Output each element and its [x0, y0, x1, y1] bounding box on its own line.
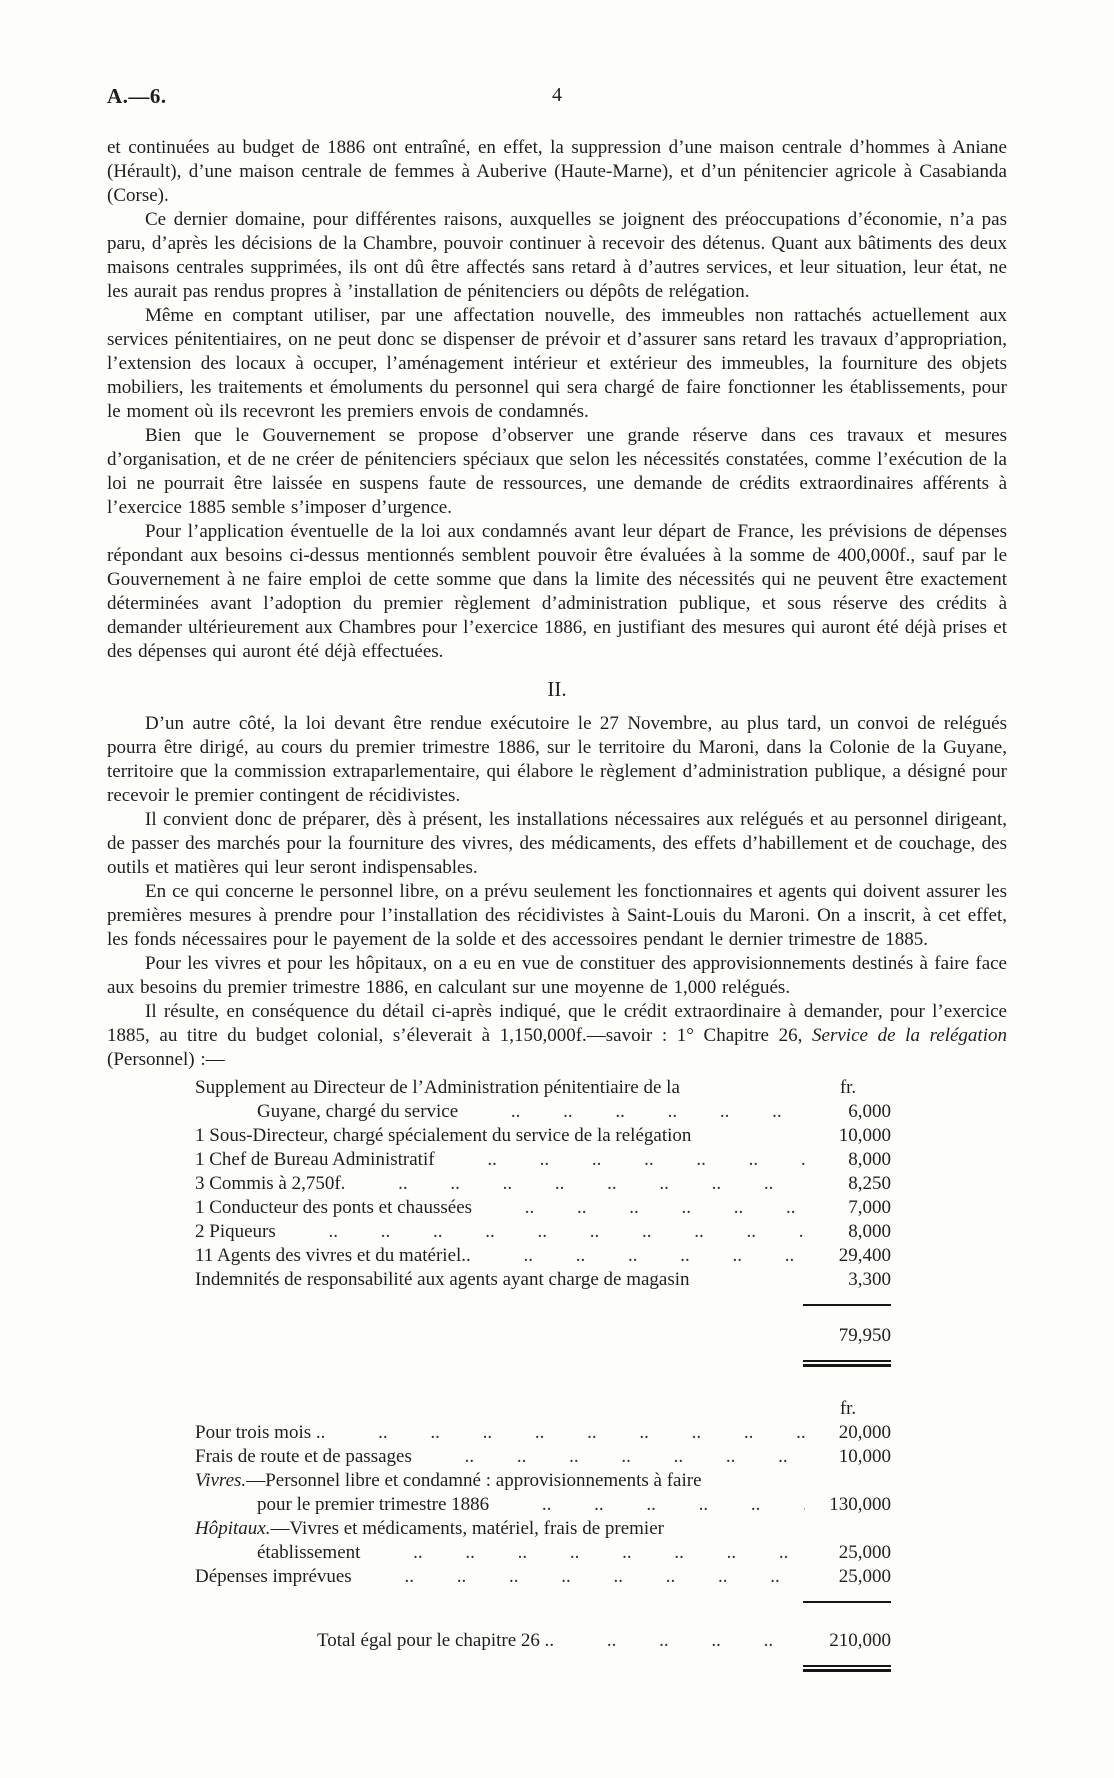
row-amount: 3,300 — [805, 1268, 891, 1292]
subtotal-amount: 79,950 — [805, 1324, 891, 1348]
dot-leader: .. .. .. .. .. .. .. .. .. .. .. .. .. .… — [412, 1445, 805, 1469]
row-label: Supplement au Directeur de l’Administrat… — [195, 1076, 680, 1100]
page-number: 4 — [107, 84, 1007, 107]
row-amount: 130,000 — [805, 1493, 891, 1517]
row-label-italic: Vivres. — [195, 1470, 246, 1491]
row-label: 2 Piqueurs — [195, 1220, 276, 1244]
dot-leader: .. .. .. .. .. .. .. .. .. .. .. .. .. .… — [345, 1172, 805, 1196]
currency-label: fr. — [805, 1397, 891, 1421]
dot-leader: .. .. .. .. .. .. .. .. .. .. .. .. .. .… — [435, 1148, 805, 1172]
ledger-row: fr. — [195, 1397, 891, 1421]
section-heading: II. — [107, 677, 1007, 701]
ledger-row: Pour trois mois .. .. .. .. .. .. .. .. … — [195, 1421, 891, 1445]
row-label: 3 Commis à 2,750f. — [195, 1172, 345, 1196]
dot-leader: .. .. .. .. .. .. .. .. .. .. .. .. .. .… — [276, 1220, 805, 1244]
document-page: A.—6. 4 et continuées au budget de 1886 … — [0, 0, 1114, 1778]
dot-leader: .. .. .. .. .. .. .. .. .. .. .. .. .. .… — [352, 1565, 805, 1589]
ledger-row: 1 Chef de Bureau Administratif .. .. .. … — [195, 1148, 891, 1172]
personnel-expense-table: Supplement au Directeur de l’Administrat… — [195, 1076, 891, 1676]
row-amount: 25,000 — [805, 1565, 891, 1589]
row-amount: 29,400 — [805, 1244, 891, 1268]
paragraph: Bien que le Gouvernement se propose d’ob… — [107, 424, 1007, 520]
row-amount: 7,000 — [805, 1196, 891, 1220]
row-label: —Vivres et médicaments, matériel, frais … — [270, 1518, 663, 1539]
row-label-italic: Hôpitaux. — [195, 1518, 270, 1539]
paragraph: Pour l’application éventuelle de la loi … — [107, 520, 1007, 664]
row-amount: 25,000 — [805, 1541, 891, 1565]
dot-leader: .. .. .. .. .. .. .. .. .. .. .. .. .. .… — [458, 1100, 805, 1124]
row-amount: 10,000 — [805, 1124, 891, 1148]
ledger-row: 1 Conducteur des ponts et chaussées .. .… — [195, 1196, 891, 1220]
dot-leader: .. .. .. .. .. .. .. .. .. .. .. .. .. .… — [360, 1541, 805, 1565]
dot-leader: .. .. .. .. .. .. .. .. .. .. .. .. .. .… — [489, 1493, 805, 1517]
row-label: Frais de route et de passages — [195, 1445, 412, 1469]
paragraph: En ce qui concerne le personnel libre, o… — [107, 880, 1007, 952]
ledger-row: 3 Commis à 2,750f. .. .. .. .. .. .. .. … — [195, 1172, 891, 1196]
row-amount: 6,000 — [805, 1100, 891, 1124]
single-rule — [803, 1601, 891, 1603]
paragraph: et continuées au budget de 1886 ont entr… — [107, 136, 1007, 208]
ledger-row: pour le premier trimestre 1886 .. .. .. … — [195, 1493, 891, 1517]
double-rule — [803, 1360, 891, 1367]
row-label: établissement — [257, 1541, 360, 1565]
row-label: —Personnel libre et condamné : approvisi… — [246, 1470, 701, 1491]
total-row: Total égal pour le chapitre 26 .. .. .. … — [195, 1629, 891, 1653]
ledger-row: Frais de route et de passages .. .. .. .… — [195, 1445, 891, 1469]
row-label: Indemnités de responsabilité aux agents … — [195, 1268, 690, 1292]
ledger-row: Vivres.—Personnel libre et condamné : ap… — [195, 1469, 891, 1493]
currency-label: fr. — [805, 1076, 891, 1100]
ledger-row: Guyane, chargé du service .. .. .. .. ..… — [195, 1100, 891, 1124]
ledger-row: 2 Piqueurs .. .. .. .. .. .. .. .. .. ..… — [195, 1220, 891, 1244]
double-rule — [803, 1665, 891, 1672]
ledger-row: Supplement au Directeur de l’Administrat… — [195, 1076, 891, 1100]
row-label: 1 Conducteur des ponts et chaussées — [195, 1196, 472, 1220]
ledger-row: 1 Sous-Directeur, chargé spécialement du… — [195, 1124, 891, 1148]
ledger-row: Hôpitaux.—Vivres et médicaments, matérie… — [195, 1517, 891, 1541]
dot-leader: .. .. .. .. .. .. .. .. .. .. .. .. .. .… — [472, 1196, 805, 1220]
total-amount: 210,000 — [805, 1629, 891, 1653]
row-label: Guyane, chargé du service — [257, 1100, 458, 1124]
ledger-row: 11 Agents des vivres et du matériel.. ..… — [195, 1244, 891, 1268]
row-label: 1 Sous-Directeur, chargé spécialement du… — [195, 1124, 691, 1148]
page-header: A.—6. 4 — [107, 84, 1007, 114]
paragraph: Il convient donc de préparer, dès à prés… — [107, 808, 1007, 880]
row-amount: 8,000 — [805, 1148, 891, 1172]
row-label: Pour trois mois .. — [195, 1421, 325, 1445]
row-amount: 10,000 — [805, 1445, 891, 1469]
body-text: et continuées au budget de 1886 ont entr… — [107, 136, 1007, 1072]
total-label: Total égal pour le chapitre 26 .. — [317, 1629, 554, 1653]
intro-text-end: (Personnel) :— — [107, 1049, 225, 1070]
intro-italic: Service de la relégation — [812, 1025, 1007, 1046]
row-amount: 8,000 — [805, 1220, 891, 1244]
row-label: 1 Chef de Bureau Administratif — [195, 1148, 435, 1172]
dot-leader: .. .. .. .. .. .. .. .. .. .. .. .. .. .… — [471, 1244, 805, 1268]
paragraph: Même en comptant utiliser, par une affec… — [107, 304, 1007, 424]
row-amount: 8,250 — [805, 1172, 891, 1196]
row-label: 11 Agents des vivres et du matériel.. — [195, 1244, 471, 1268]
row-label: pour le premier trimestre 1886 — [257, 1493, 489, 1517]
ledger-row: Dépenses imprévues .. .. .. .. .. .. .. … — [195, 1565, 891, 1589]
paragraph: Pour les vivres et pour les hôpitaux, on… — [107, 952, 1007, 1000]
subtotal-row: 79,950 — [195, 1324, 891, 1348]
ledger-row: établissement .. .. .. .. .. .. .. .. ..… — [195, 1541, 891, 1565]
dot-leader: .. .. .. .. .. .. .. .. .. .. .. .. .. .… — [554, 1629, 805, 1653]
paragraph: Ce dernier domaine, pour différentes rai… — [107, 208, 1007, 304]
paragraph: Il résulte, en conséquence du détail ci-… — [107, 1000, 1007, 1072]
row-amount: 20,000 — [805, 1421, 891, 1445]
text-block: A.—6. 4 et continuées au budget de 1886 … — [107, 84, 1007, 1676]
paragraph: D’un autre côté, la loi devant être rend… — [107, 712, 1007, 808]
row-label: Dépenses imprévues — [195, 1565, 352, 1589]
ledger-row: Indemnités de responsabilité aux agents … — [195, 1268, 891, 1292]
dot-leader: .. .. .. .. .. .. .. .. .. .. .. .. .. .… — [325, 1421, 805, 1445]
single-rule — [803, 1304, 891, 1306]
